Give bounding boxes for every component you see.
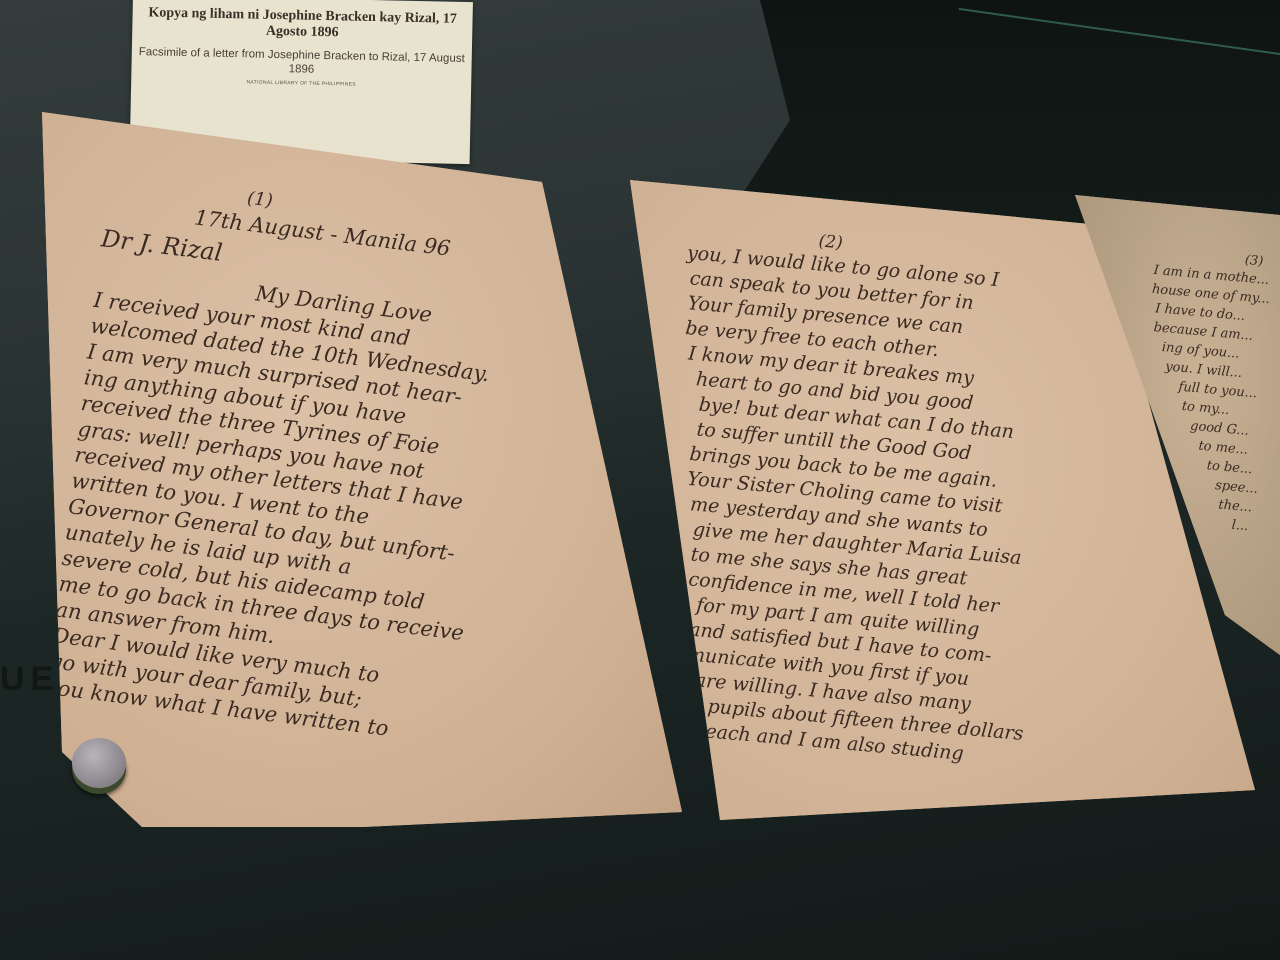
- letter-line: to my...: [1181, 399, 1230, 418]
- letter-line: the...: [1218, 498, 1253, 516]
- letter-line: ing of you...: [1161, 340, 1240, 362]
- display-pin: [72, 738, 126, 788]
- letter-line: spee...: [1214, 478, 1258, 497]
- letter-line: l...: [1231, 518, 1249, 534]
- letter-line: full to you...: [1178, 380, 1258, 402]
- page-number: (2): [818, 231, 844, 253]
- letter-line: to me...: [1198, 439, 1249, 458]
- letter-line: to be...: [1206, 458, 1253, 477]
- page-number: (1): [246, 188, 274, 212]
- letter-line: good G...: [1190, 419, 1250, 439]
- letter-line: you. I will...: [1165, 359, 1243, 381]
- label-title-english: Facsimile of a letter from Josephine Bra…: [131, 45, 472, 80]
- letter-date: 17th August - Manila 96: [193, 205, 452, 260]
- page-number: (3): [1244, 253, 1264, 270]
- label-title-tagalog: Kopya ng liham ni Josephine Bracken kay …: [132, 5, 473, 44]
